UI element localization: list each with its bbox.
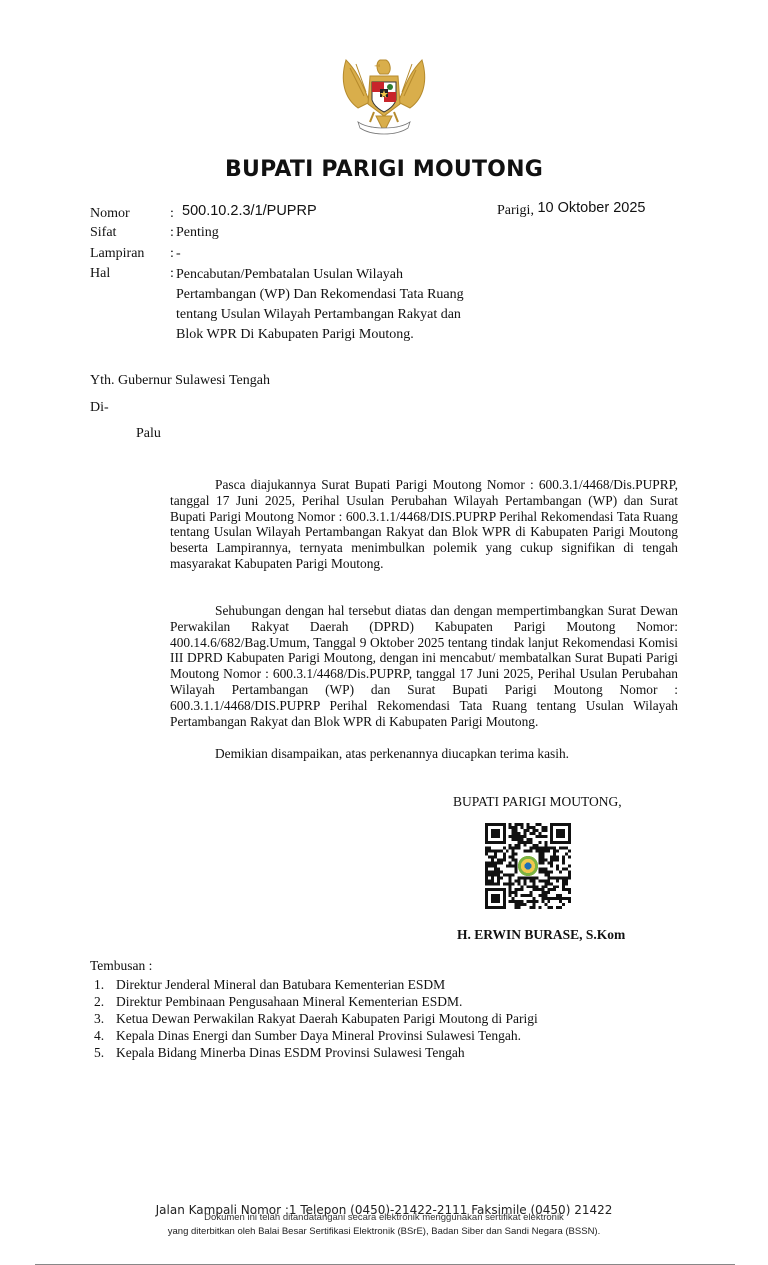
lampiran-value: -: [176, 245, 181, 263]
signatory-name: H. ERWIN BURASE, S.Kom: [457, 927, 625, 943]
date-value: 10 Oktober 2025: [537, 200, 645, 216]
item-number: 4.: [94, 1027, 116, 1044]
tembusan-item: 2.Direktur Pembinaan Pengusahaan Mineral…: [94, 993, 538, 1010]
closing-paragraph: Demikian disampaikan, atas perkenannya d…: [215, 746, 675, 762]
hal-label: Hal: [90, 265, 170, 283]
hal-line: tentang Usulan Wilayah Pertambangan Raky…: [170, 305, 510, 325]
di-label: Di-: [90, 400, 109, 416]
sifat-value: Penting: [176, 224, 219, 242]
hal-line: Pertambangan (WP) Dan Rekomendasi Tata R…: [170, 285, 510, 305]
body-paragraph-2: Sehubungan dengan hal tersebut diatas da…: [170, 603, 678, 729]
date-city: Parigi,: [497, 203, 534, 218]
tembusan-item: 4.Kepala Dinas Energi dan Sumber Daya Mi…: [94, 1027, 538, 1044]
signatory-title: BUPATI PARIGI MOUTONG,: [453, 794, 622, 810]
item-number: 3.: [94, 1010, 116, 1027]
hal-line: Blok WPR Di Kabupaten Parigi Moutong.: [170, 325, 510, 345]
item-text: Direktur Pembinaan Pengusahaan Mineral K…: [116, 994, 462, 1009]
tembusan-item: 3.Ketua Dewan Perwakilan Rakyat Daerah K…: [94, 1010, 538, 1027]
letterhead-title: BUPATI PARIGI MOUTONG: [0, 157, 768, 182]
nomor-value: 500.10.2.3/1/PUPRP: [182, 202, 317, 220]
e-signature-note-line-1: Dokumen ini telah ditandatangani secara …: [0, 1212, 768, 1223]
e-signature-note-line-2: yang diterbitkan oleh Balai Besar Sertif…: [0, 1226, 768, 1237]
tembusan-item: 1.Direktur Jenderal Mineral dan Batubara…: [94, 976, 538, 993]
qr-code-icon: [485, 823, 571, 909]
tembusan-title: Tembusan :: [90, 958, 152, 974]
item-number: 2.: [94, 993, 116, 1010]
hal-line: Pencabutan/Pembatalan Usulan Wilayah: [170, 265, 510, 285]
colon: :: [170, 224, 174, 242]
nomor-label: Nomor: [90, 205, 170, 223]
hal-subject: Pencabutan/Pembatalan Usulan Wilayah Per…: [170, 265, 510, 345]
tembusan-item: 5.Kepala Bidang Minerba Dinas ESDM Provi…: [94, 1044, 538, 1061]
item-number: 1.: [94, 976, 116, 993]
item-text: Ketua Dewan Perwakilan Rakyat Daerah Kab…: [116, 1011, 538, 1026]
item-text: Direktur Jenderal Mineral dan Batubara K…: [116, 977, 445, 992]
paragraph-text: Sehubungan dengan hal tersebut diatas da…: [170, 603, 678, 729]
colon: :: [170, 245, 174, 263]
item-text: Kepala Dinas Energi dan Sumber Daya Mine…: [116, 1028, 521, 1043]
colon: :: [170, 205, 174, 223]
paragraph-text: Pasca diajukannya Surat Bupati Parigi Mo…: [170, 477, 678, 571]
recipient-city: Palu: [136, 426, 161, 442]
addressee: Yth. Gubernur Sulawesi Tengah: [90, 373, 270, 389]
item-text: Kepala Bidang Minerba Dinas ESDM Provins…: [116, 1045, 465, 1060]
letter-date: Parigi, 10 Oktober 2025: [497, 202, 645, 219]
garuda-emblem: [336, 50, 432, 142]
body-paragraph-1: Pasca diajukannya Surat Bupati Parigi Mo…: [170, 477, 678, 572]
tembusan-list: 1.Direktur Jenderal Mineral dan Batubara…: [94, 976, 538, 1061]
lampiran-label: Lampiran: [90, 245, 170, 263]
item-number: 5.: [94, 1044, 116, 1061]
sifat-label: Sifat: [90, 224, 170, 242]
